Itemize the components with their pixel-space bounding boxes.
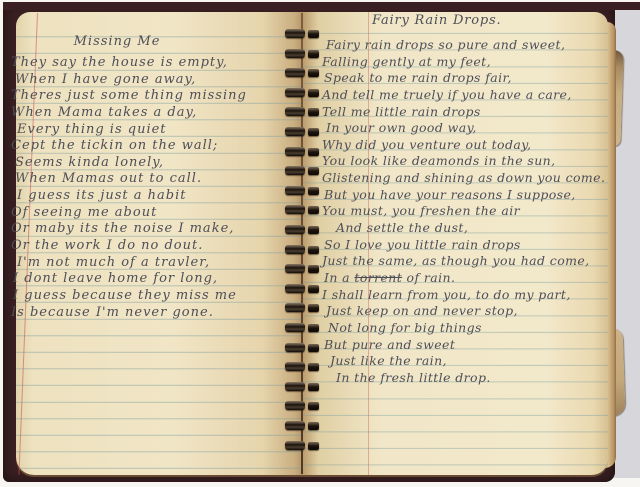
poem-line: In your own good way, [326, 120, 605, 137]
poem-line: Falling gently at my feet, [322, 54, 605, 71]
poem-line: Is because I'm never gone. [11, 305, 247, 322]
poem-line: So I love you little rain drops [324, 237, 605, 254]
poem-line: Fairy rain drops so pure and sweet, [326, 37, 605, 54]
poem-line: Why did you venture out today, [322, 137, 605, 154]
poem-line: In the fresh little drop. [336, 370, 605, 387]
poem-line: You look like deamonds in the sun, [322, 153, 605, 170]
poem-line: But pure and sweet [324, 337, 605, 354]
poem-line: I'm not much of a travler, [17, 255, 247, 272]
poem-line: Not long for big things [328, 320, 605, 337]
center-seam [301, 13, 303, 474]
poem-line: They say the house is empty, [11, 55, 247, 72]
poem-line: I dont leave home for long, [13, 271, 247, 288]
poem-line: Seems kinda lonely, [15, 155, 247, 172]
poem-line: Just the same, as though you had come, [322, 253, 605, 270]
poem-line: Or the work I do no dout. [11, 238, 247, 255]
right-poem-lines: Fairy rain drops so pure and sweet,Falli… [322, 37, 605, 386]
poem-line: Of seeing me about [11, 205, 247, 222]
poem-line: When Mamas out to call. [15, 171, 247, 188]
poem-line: And settle the dust, [336, 220, 605, 237]
poem-line: And tell me truely if you have a care, [322, 87, 605, 104]
poem-line: I guess because they miss me [13, 288, 247, 305]
poem-line: I guess its just a habit [17, 188, 247, 205]
poem-line: I shall learn from you, to do my part, [322, 287, 605, 304]
struck-word: torrent [354, 270, 402, 285]
poem-line: Theres just some thing missing [11, 88, 247, 105]
poem-line: Just like the rain, [330, 353, 605, 370]
poem-line: When Mama takes a day, [11, 105, 247, 122]
poem-line: Or maby its the noise I make, [11, 221, 247, 238]
poem-line: Every thing is quiet [17, 122, 247, 139]
notebook-photo: Missing Me They say the house is empty,W… [0, 0, 640, 487]
left-poem-title: Missing Me [52, 34, 182, 49]
poem-line: Just keep on and never stop, [326, 303, 605, 320]
notebook-cover-top-edge [3, 2, 640, 10]
poem-line: Tell me little rain drops [322, 104, 605, 121]
right-poem-title: Fairy Rain Drops. [372, 13, 542, 28]
poem-line: Cept the tickin on the wall; [11, 138, 247, 155]
poem-line: Speak to me rain drops fair, [324, 70, 605, 87]
poem-line: But you have your reasons I suppose, [324, 187, 605, 204]
poem-line: Glistening and shining as down you come. [322, 170, 605, 187]
poem-line: When I have gone away, [15, 72, 247, 89]
poem-line: You must, you freshen the air [322, 203, 605, 220]
left-poem-lines: They say the house is empty,When I have … [11, 55, 247, 321]
poem-line: In a torrent of rain. [324, 270, 605, 287]
